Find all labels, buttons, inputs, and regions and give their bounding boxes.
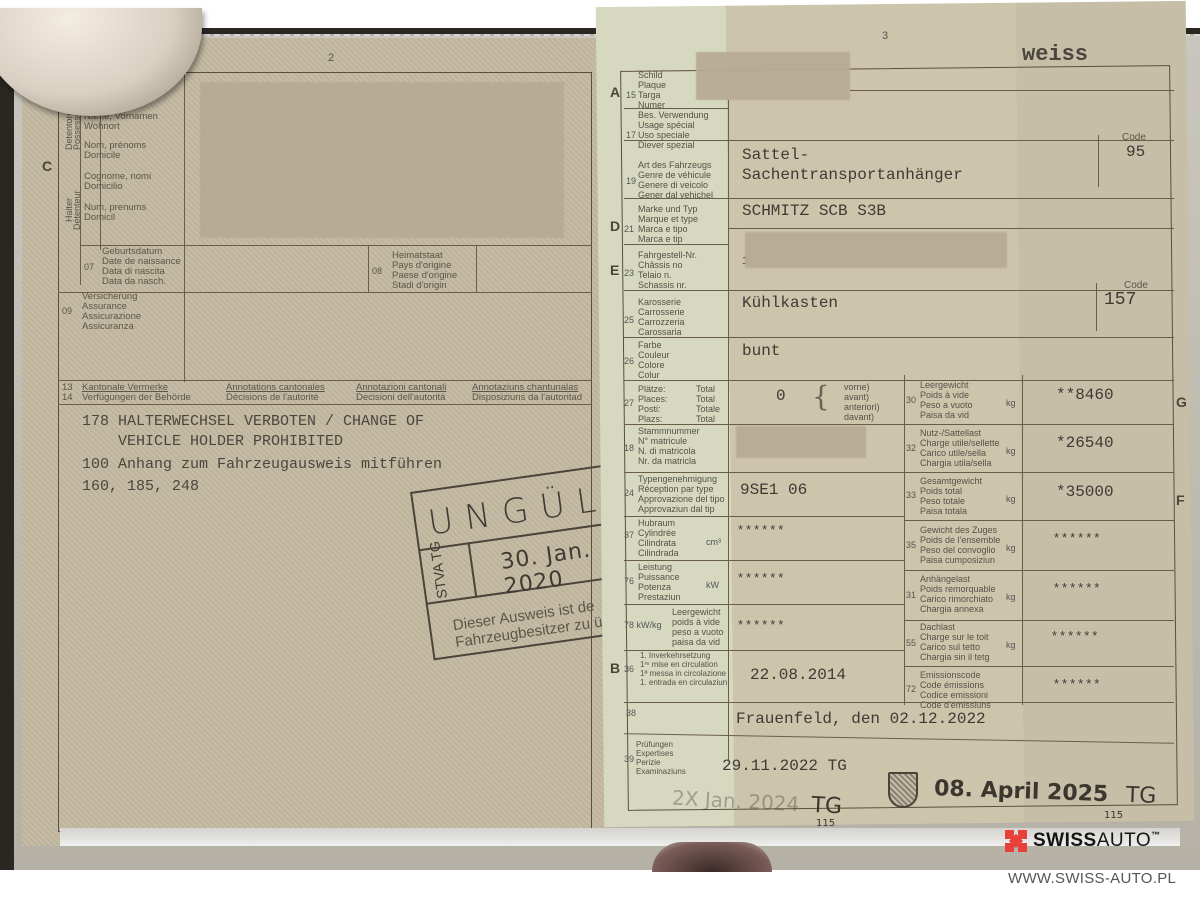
inspection-typed: 29.11.2022 TG: [722, 757, 847, 775]
vehicle-type-code: 95: [1126, 143, 1145, 161]
first-registration-value: 22.08.2014: [750, 666, 846, 684]
swissauto-cross-icon: [1005, 830, 1027, 852]
section-letter-c: C: [42, 158, 52, 174]
train-weight-label: Gewicht des Zuges Poids de l'ensemble Pe…: [920, 525, 1000, 565]
redacted-matricule: [736, 426, 866, 458]
payload-label: Nutz-/Sattellast Charge utile/sellette C…: [920, 428, 1000, 468]
holder-name-fr: Nom, prénoms Domicile: [84, 141, 146, 161]
annotation-line-2: VEHICLE HOLDER PROHIBITED: [82, 433, 343, 450]
page-number-left: 2: [328, 52, 334, 64]
insurance-label: Versicherung Assurance Assicurazione Ass…: [82, 292, 141, 332]
type-approval-label: Typengenehmigung Réception par type Appr…: [638, 474, 725, 514]
displacement-value: ******: [738, 522, 786, 537]
towing-load-value: ******: [1054, 580, 1102, 595]
type-approval-value: 9SE1 06: [740, 481, 807, 499]
gross-weight-value: *35000: [1056, 483, 1114, 501]
empty-weight-label: Leergewicht Poids à vide Peso a vuoto Pa…: [920, 380, 973, 420]
plate-label: Schild Plaque Targa Numer: [638, 70, 666, 110]
color-value: bunt: [742, 342, 780, 360]
watermark-url: WWW.SWISS-AUTO.PL: [1008, 870, 1176, 887]
color-weiss: weiss: [1022, 42, 1088, 67]
inspections-label: Prüfungen Expertises Perizie Examinaziun…: [636, 740, 686, 776]
holder-label-fr: Détenteur: [72, 190, 82, 230]
page-number-right: 3: [882, 30, 888, 42]
gross-weight-label: Gesamtgewicht Poids total Peso totale Pa…: [920, 476, 982, 516]
displacement-label: Hubraum Cylindrée Cilindrata Cilindrada: [638, 518, 679, 558]
matricule-label: Stammnummer N° matricule N. di matricola…: [638, 426, 700, 466]
object-bottom: [652, 842, 772, 872]
train-weight-value: ******: [1054, 530, 1102, 545]
origin-label: Heimatstaat Pays d'origine Paese d'origi…: [392, 251, 457, 291]
empty-weight-value: **8460: [1056, 386, 1114, 404]
issue-place-date: Frauenfeld, den 02.12.2022: [736, 710, 986, 728]
redacted-plate: [696, 52, 850, 100]
emission-code-value: ******: [1054, 676, 1102, 691]
holder-name-rm: Num, prenums Domicil: [84, 203, 146, 223]
redacted-chassis: [745, 232, 1007, 268]
redacted-holder: [200, 82, 564, 238]
canton-crest-icon: [888, 772, 918, 808]
make-type-value: SCHMITZ SCB S3B: [742, 202, 886, 220]
seats-total-label: Total Total Totale Total: [696, 384, 720, 424]
power-value: ******: [738, 570, 786, 585]
seats-value: 0: [776, 387, 786, 405]
seats-label: Plätze: Places: Posti: Plazs:: [638, 384, 668, 424]
body-value: Kühlkasten: [742, 294, 838, 312]
color-label: Farbe Couleur Colore Colur: [638, 340, 670, 380]
emission-code-label: Emissionscode Code émissions Codice emis…: [920, 670, 991, 710]
body-label: Karosserie Carrosserie Carrozzeria Caros…: [638, 297, 685, 337]
body-code: 157: [1104, 290, 1136, 310]
annotation-line-1: 178 HALTERWECHSEL VERBOTEN / CHANGE OF: [82, 411, 424, 434]
holder-name-it: Cognome, nomi Domicilio: [84, 172, 151, 192]
payload-value: *26540: [1056, 434, 1114, 452]
make-type-label: Marke und Typ Marque et type Marca e tip…: [638, 204, 698, 244]
towing-load-label: Anhängelast Poids remorquable Carico rim…: [920, 574, 996, 614]
power-label: Leistung Puissance Potenza Prestaziun: [638, 562, 681, 602]
vehicle-type-value: Sattel- Sachentransportanhänger: [742, 145, 963, 185]
special-use-label: Bes. Verwendung Usage spécial Uso specia…: [638, 110, 709, 150]
birthdate-label: Geburtsdatum Date de naissance Data di n…: [102, 247, 181, 287]
first-registration-label: 1. Inverkehrsetzung 1ʳᵉ mise en circulat…: [640, 651, 727, 687]
annotation-line-3: 100 Anhang zum Fahrzeugausweis mitführen: [82, 456, 442, 473]
chassis-label: Fahrgestell-Nr. Châssis no Telaio n. Sch…: [638, 250, 697, 290]
swissauto-logo: SWISSAUTO™: [1005, 830, 1161, 852]
roof-load-label: Dachlast Charge sur le toit Carico sul t…: [920, 622, 990, 662]
roof-load-value: ******: [1052, 628, 1100, 643]
power-weight-value: ******: [738, 617, 786, 632]
power-weight-label: Leergewicht poids à vide peso a vuoto pa…: [672, 607, 724, 647]
annotation-line-4: 160, 185, 248: [82, 478, 199, 495]
seats-front-label: vorne) avant) anteriori) davant): [844, 382, 880, 422]
vehicle-type-label: Art des Fahrzeugs Genre de véhicule Gene…: [638, 160, 713, 200]
